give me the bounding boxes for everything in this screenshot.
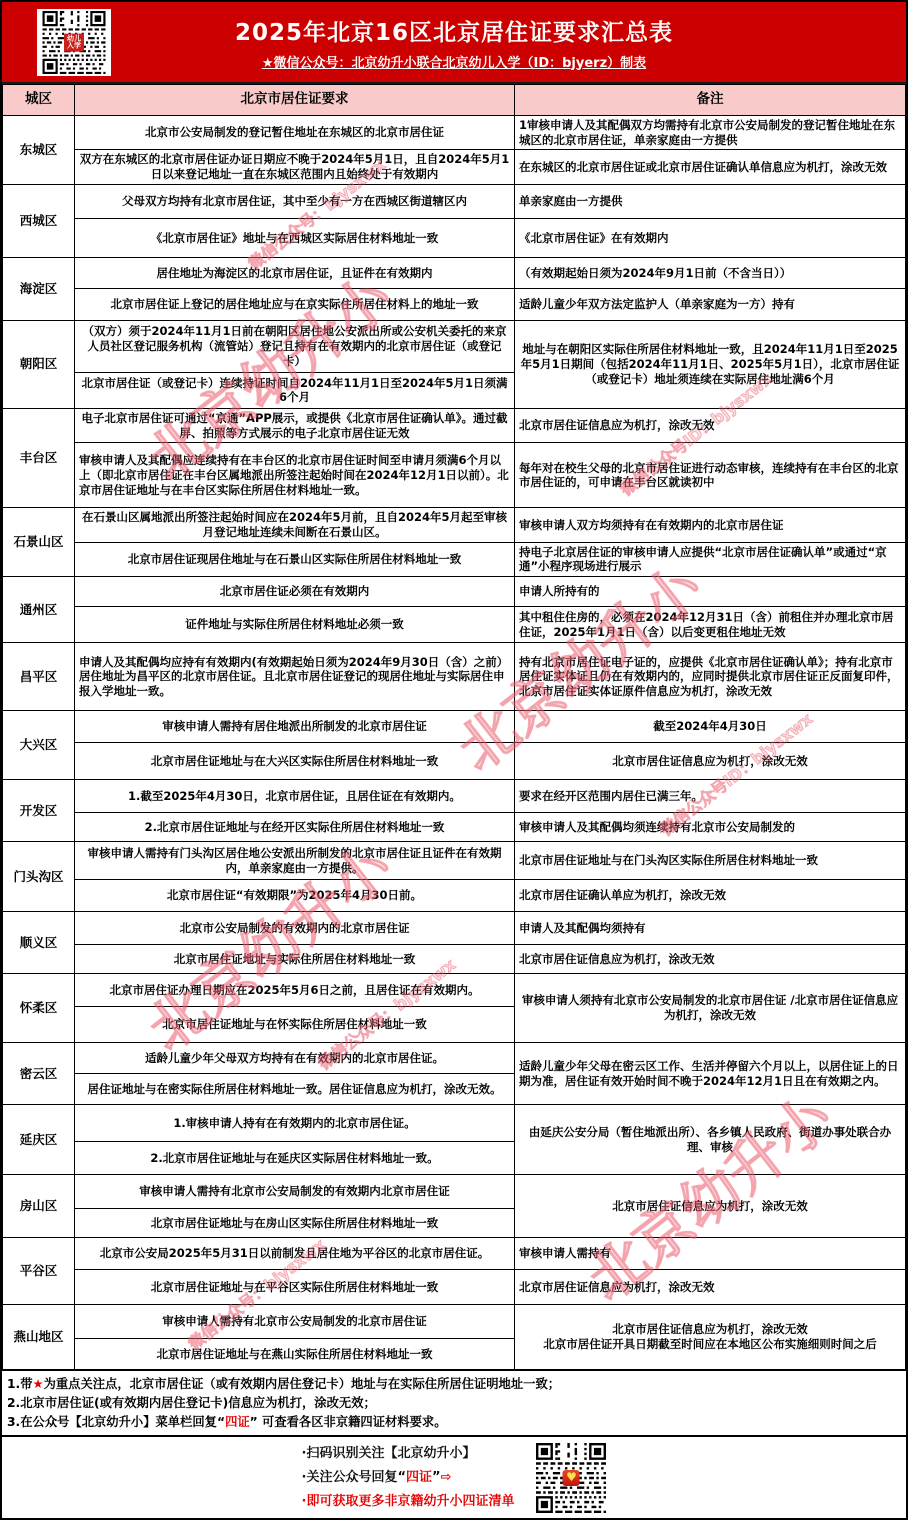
req-cell: 1.截至2025年4月30日，北京市居住证，且居住证在有效期内。: [75, 780, 515, 813]
district-fangshan: 房山区: [3, 1175, 75, 1238]
header-qr-code: 幼儿入学: [37, 9, 111, 76]
req-cell: 电子北京市居住证可通过“京通”APP展示，或提供《北京市居住证确认单》。通过截屏…: [75, 408, 515, 442]
table-row: 北京市居住证地址与在平谷区实际住所居住材料地址一致 北京市居住证信息应为机打，涂…: [3, 1270, 906, 1305]
req-cell: 北京市居住证（或登记卡）连续持证时间自2024年11月1日至2024年5月1日须…: [75, 372, 515, 408]
req-cell: 在石景山区属地派出所签注起始时间应在2024年5月前，且自2024年5月起至审核…: [75, 508, 515, 542]
note-cell: 《北京市居住证》在有效期内: [515, 218, 906, 257]
table-row: 石景山区 在石景山区属地派出所签注起始时间应在2024年5月前，且自2024年5…: [3, 508, 906, 542]
note-cell: 要求在经开区范围内居住已满三年。: [515, 780, 906, 813]
req-cell: 北京市居住证地址与实际住所居住材料地址一致: [75, 945, 515, 974]
table-header-row: 城区 北京市居住证要求 备注: [3, 85, 906, 116]
table-row: 北京市居住证地址与在大兴区实际住所居住材料地址一致 北京市居住证信息应为机打，涂…: [3, 743, 906, 780]
table-row: 海淀区 居住地址为海淀区的北京市居住证，且证件在有效期内 （有效期起始日须为20…: [3, 257, 906, 288]
footnote-1: 1.带★为重点关注点，北京市居住证（或有效期内居住登记卡）地址与在实际住所居住证…: [7, 1375, 900, 1394]
district-fengtai: 丰台区: [3, 408, 75, 507]
footer-panel: ·扫码识别关注【北京幼升小】 ·关注公众号回复“四证”⇨ ·即可获取更多非京籍幼…: [2, 1435, 906, 1518]
note-cell: 审核申请人双方均须持有在有效期内的北京市居住证: [515, 508, 906, 542]
note-cell: （有效期起始日须为2024年9月1日前（不含当日））: [515, 257, 906, 288]
district-tongzhou: 通州区: [3, 577, 75, 643]
table-row: 证件地址与实际住所居住材料地址必须一致 其中租住住房的，必须在2024年12月3…: [3, 607, 906, 643]
district-yanshan: 燕山地区: [3, 1305, 75, 1370]
table-row: 西城区 父母双方均持有北京市居住证，其中至少有一方在西城区街道辖区内 单亲家庭由…: [3, 184, 906, 218]
district-shunyi: 顺义区: [3, 912, 75, 974]
table-row: 北京市居住证“有效期限”为2025年4月30日前。 北京市居住证确认单应为机打，…: [3, 880, 906, 912]
table-row: 《北京市居住证》地址与在西城区实际居住材料地址一致 《北京市居住证》在有效期内: [3, 218, 906, 257]
note-cell: 北京市居住证信息应为机打，涂改无效: [515, 1270, 906, 1305]
note-cell: 审核申请人及其配偶均须连续持有北京市公安局制发的: [515, 813, 906, 842]
req-cell: 北京市公安局2025年5月31日以前制发且居住地为平谷区的北京市居住证。: [75, 1238, 515, 1270]
district-changping: 昌平区: [3, 643, 75, 711]
footnote-3: 3.在公众号【北京幼升小】菜单栏回复“四证” 可查看各区非京籍四证材料要求。: [7, 1413, 900, 1432]
col-header-district: 城区: [3, 85, 75, 116]
req-cell: 北京市居住证地址与在大兴区实际住所居住材料地址一致: [75, 743, 515, 780]
district-xicheng: 西城区: [3, 184, 75, 257]
table-row: 开发区 1.截至2025年4月30日，北京市居住证，且居住证在有效期内。 要求在…: [3, 780, 906, 813]
req-cell: 2.北京市居住证地址与在延庆区实际居住材料地址一致。: [75, 1142, 515, 1175]
footer-qr-code: ♥: [536, 1443, 606, 1513]
summary-sheet: 幼儿入学 2025年北京16区北京居住证要求汇总表 ★微信公众号：北京幼升小联合…: [0, 0, 908, 1520]
table-row: 丰台区 电子北京市居住证可通过“京通”APP展示，或提供《北京市居住证确认单》。…: [3, 408, 906, 442]
note-cell: 申请人所持有的: [515, 577, 906, 607]
note-cell: 持电子北京居住证的审核申请人应提供“北京市居住证确认单”或通过“京通”小程序现场…: [515, 542, 906, 576]
req-cell: 居住证地址与在密实际住所居住材料地址一致。居住证信息应为机打，涂改无效。: [75, 1074, 515, 1105]
req-cell: 北京市公安局制发的登记暂住地址在东城区的北京市居住证: [75, 116, 515, 150]
district-chaoyang: 朝阳区: [3, 320, 75, 408]
req-cell: 父母双方均持有北京市居住证，其中至少有一方在西城区街道辖区内: [75, 184, 515, 218]
req-cell: 北京市居住证现居住地址与在石景山区实际住所居住材料地址一致: [75, 542, 515, 576]
table-row: 昌平区 申请人及其配偶均应持有有效期内(有效期起始日须为2024年9月30日（含…: [3, 643, 906, 711]
qr-center-logo: 幼儿入学: [64, 33, 84, 52]
table-row: 密云区 适龄儿童少年父母双方均持有在有效期内的北京市居住证。 适龄儿童少年父母在…: [3, 1043, 906, 1074]
district-miyun: 密云区: [3, 1043, 75, 1105]
table-row: 双方在东城区的北京市居住证办证日期应不晚于2024年5月1日，且自2024年5月…: [3, 150, 906, 184]
district-mentougou: 门头沟区: [3, 842, 75, 912]
note-cell: 北京市居住证信息应为机打，涂改无效: [515, 1175, 906, 1238]
table-row: 通州区 北京市居住证必须在有效期内 申请人所持有的: [3, 577, 906, 607]
note-cell: 单亲家庭由一方提供: [515, 184, 906, 218]
col-header-requirement: 北京市居住证要求: [75, 85, 515, 116]
table-row: 朝阳区 （双方）须于2024年11月1日前在朝阳区居住地公安派出所或公安机关委托…: [3, 320, 906, 372]
table-row: 平谷区 北京市公安局2025年5月31日以前制发且居住地为平谷区的北京市居住证。…: [3, 1238, 906, 1270]
footer-line-3: ·即可获取更多非京籍幼升小四证清单: [302, 1490, 515, 1514]
district-haidian: 海淀区: [3, 257, 75, 320]
note-cell: 由延庆公安分局（暂住地派出所）、各乡镇人民政府、街道办事处联合办理、审核: [515, 1105, 906, 1175]
star-icon: ★: [33, 1377, 44, 1391]
district-huairou: 怀柔区: [3, 974, 75, 1043]
note-cell: 截至2024年4月30日: [515, 711, 906, 743]
req-cell: 2.北京市居住证地址与在经开区实际住所居住材料地址一致: [75, 813, 515, 842]
page-subtitle: ★微信公众号：北京幼升小联合北京幼儿入学（ID：bjyerz）制表: [262, 52, 646, 71]
req-cell: 北京市居住证地址与在平谷区实际住所居住材料地址一致: [75, 1270, 515, 1305]
req-cell: 1.审核申请人持有在有效期内的北京市居住证。: [75, 1105, 515, 1142]
req-cell: 《北京市居住证》地址与在西城区实际居住材料地址一致: [75, 218, 515, 257]
district-daxing: 大兴区: [3, 711, 75, 780]
table-row: 东城区 北京市公安局制发的登记暂住地址在东城区的北京市居住证 1审核申请人及其配…: [3, 116, 906, 150]
table-row: 北京市居住证现居住地址与在石景山区实际住所居住材料地址一致 持电子北京居住证的审…: [3, 542, 906, 576]
req-cell: 北京市居住证办理日期应在2025年5月6日之前，且居住证在有效期内。: [75, 974, 515, 1007]
page-title: 2025年北京16区北京居住证要求汇总表: [235, 14, 673, 47]
district-dongcheng: 东城区: [3, 116, 75, 185]
district-yanqing: 延庆区: [3, 1105, 75, 1175]
district-kaifaqu: 开发区: [3, 780, 75, 842]
req-cell: 北京市居住证必须在有效期内: [75, 577, 515, 607]
district-shijingshan: 石景山区: [3, 508, 75, 577]
requirements-table: 城区 北京市居住证要求 备注 东城区 北京市公安局制发的登记暂住地址在东城区的北…: [2, 84, 906, 1370]
req-cell: 审核申请人需持有门头沟区居住地公安派出所制发的北京市居住证且证件在有效期内，单亲…: [75, 842, 515, 880]
table-row: 门头沟区 审核申请人需持有门头沟区居住地公安派出所制发的北京市居住证且证件在有效…: [3, 842, 906, 880]
note-cell: 地址与在朝阳区实际住所居住材料地址一致，且2024年11月1日至2025年5月1…: [515, 320, 906, 408]
table-row: 燕山地区 审核申请人需持有北京市公安局制发的北京市居住证 北京市居住证信息应为机…: [3, 1305, 906, 1339]
req-cell: 双方在东城区的北京市居住证办证日期应不晚于2024年5月1日，且自2024年5月…: [75, 150, 515, 184]
req-cell: 审核申请人需持有北京市公安局制发的有效期内北京市居住证: [75, 1175, 515, 1209]
note-cell: 1审核申请人及其配偶双方均需持有北京市公安局制发的登记暂住地址在东城区的北京市居…: [515, 116, 906, 150]
district-pinggu: 平谷区: [3, 1238, 75, 1305]
note-cell: 申请人及其配偶均须持有: [515, 912, 906, 945]
req-cell: 审核申请人需持有居住地派出所制发的北京市居住证: [75, 711, 515, 743]
req-cell: 北京市居住证地址与在燕山实际住所居住材料地址一致: [75, 1339, 515, 1370]
req-cell: 北京市居住证“有效期限”为2025年4月30日前。: [75, 880, 515, 912]
table-row: 2.北京市居住证地址与在经开区实际住所居住材料地址一致 审核申请人及其配偶均须连…: [3, 813, 906, 842]
table-row: 北京市居住证上登记的居住地址应与在京实际住所居住材料上的地址一致 适龄儿童少年双…: [3, 288, 906, 320]
req-cell: 北京市居住证地址与在房山区实际住所居住材料地址一致: [75, 1209, 515, 1238]
table-row: 审核申请人及其配偶应连续持有在丰台区的北京市居住证时间至申请月须满6个月以上（即…: [3, 443, 906, 508]
note-cell: 其中租住住房的，必须在2024年12月31日（含）前租住并办理北京市居住证，20…: [515, 607, 906, 643]
table-row: 怀柔区 北京市居住证办理日期应在2025年5月6日之前，且居住证在有效期内。 审…: [3, 974, 906, 1007]
note-cell: 北京市居住证信息应为机打，涂改无效 北京市居住证开具日期截至时间应在本地区公布实…: [515, 1305, 906, 1370]
req-cell: 审核申请人需持有北京市公安局制发的北京市居住证: [75, 1305, 515, 1339]
footnotes: 1.带★为重点关注点，北京市居住证（或有效期内居住登记卡）地址与在实际住所居住证…: [2, 1370, 906, 1435]
note-cell: 审核申请人需持有: [515, 1238, 906, 1270]
table-row: 房山区 审核申请人需持有北京市公安局制发的有效期内北京市居住证 北京市居住证信息…: [3, 1175, 906, 1209]
req-cell: 审核申请人及其配偶应连续持有在丰台区的北京市居住证时间至申请月须满6个月以上（即…: [75, 443, 515, 508]
footer-line-2: ·关注公众号回复“四证”⇨: [302, 1466, 515, 1490]
note-cell: 持有北京市居住证电子证的，应提供《北京市居住证确认单》；持有北京市居住证实体证且…: [515, 643, 906, 711]
req-cell: 北京市居住证地址与在怀实际住所居住材料地址一致: [75, 1007, 515, 1043]
table-row: 北京市居住证地址与实际住所居住材料地址一致 北京市居住证信息应为机打，涂改无效: [3, 945, 906, 974]
note-cell: 每年对在校生父母的北京市居住证进行动态审核，连续持有在丰台区的北京市居住证的，可…: [515, 443, 906, 508]
table-row: 顺义区 北京市公安局制发的有效期内的北京市居住证 申请人及其配偶均须持有: [3, 912, 906, 945]
req-cell: （双方）须于2024年11月1日前在朝阳区居住地公安派出所或公安机关委托的来京人…: [75, 320, 515, 372]
arrow-right-icon: ⇨: [441, 1470, 452, 1485]
req-cell: 适龄儿童少年父母双方均持有在有效期内的北京市居住证。: [75, 1043, 515, 1074]
col-header-note: 备注: [515, 85, 906, 116]
req-cell: 北京市居住证上登记的居住地址应与在京实际住所居住材料上的地址一致: [75, 288, 515, 320]
req-cell: 申请人及其配偶均应持有有效期内(有效期起始日须为2024年9月30日（含）之前）…: [75, 643, 515, 711]
req-cell: 居住地址为海淀区的北京市居住证，且证件在有效期内: [75, 257, 515, 288]
note-cell: 审核申请人须持有北京市公安局制发的北京市居住证 /北京市居住证信息应为机打，涂改…: [515, 974, 906, 1043]
req-cell: 北京市公安局制发的有效期内的北京市居住证: [75, 912, 515, 945]
footnote-2: 2.北京市居住证(或有效期内居住登记卡)信息应为机打，涂改无效；: [7, 1394, 900, 1413]
table-row: 延庆区 1.审核申请人持有在有效期内的北京市居住证。 由延庆公安分局（暂住地派出…: [3, 1105, 906, 1142]
header-banner: 幼儿入学 2025年北京16区北京居住证要求汇总表 ★微信公众号：北京幼升小联合…: [2, 2, 906, 84]
req-cell: 证件地址与实际住所居住材料地址必须一致: [75, 607, 515, 643]
note-cell: 北京市居住证信息应为机打，涂改无效: [515, 743, 906, 780]
note-cell: 北京市居住证信息应为机打，涂改无效: [515, 945, 906, 974]
note-cell: 北京市居住证地址与在门头沟区实际住所居住材料地址一致: [515, 842, 906, 880]
note-cell: 在东城区的北京市居住证或北京市居住证确认单信息应为机打，涂改无效: [515, 150, 906, 184]
note-cell: 北京市居住证信息应为机打，涂改无效: [515, 408, 906, 442]
note-cell: 北京市居住证确认单应为机打，涂改无效: [515, 880, 906, 912]
footer-text: ·扫码识别关注【北京幼升小】 ·关注公众号回复“四证”⇨ ·即可获取更多非京籍幼…: [302, 1442, 515, 1514]
heart-icon: ♥: [563, 1470, 580, 1486]
table-row: 大兴区 审核申请人需持有居住地派出所制发的北京市居住证 截至2024年4月30日: [3, 711, 906, 743]
note-cell: 适龄儿童少年双方法定监护人（单亲家庭为一方）持有: [515, 288, 906, 320]
note-cell: 适龄儿童少年父母在密云区工作、生活并停留六个月以上，以居住证上的日期为准，居住证…: [515, 1043, 906, 1105]
footer-line-1: ·扫码识别关注【北京幼升小】: [302, 1442, 515, 1466]
